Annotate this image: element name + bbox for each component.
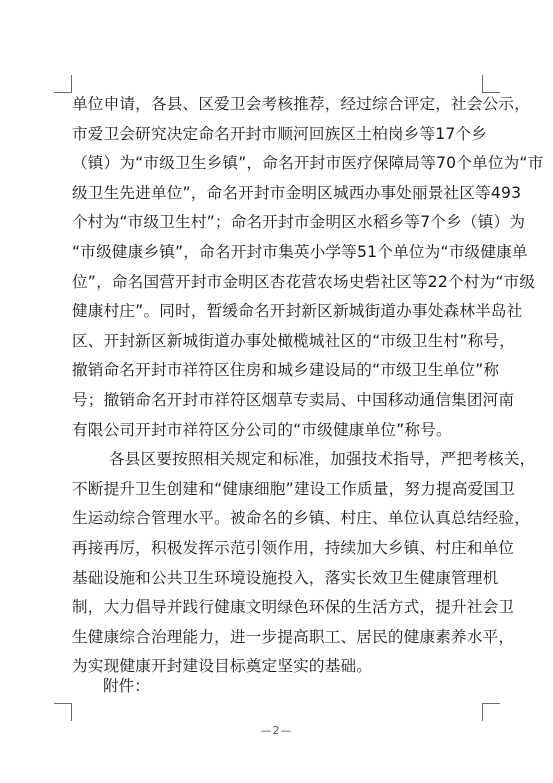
- text-line: 单位申请，各县、区爱卫会考核推荐，经过综合评定，社会公示，: [72, 90, 483, 120]
- text-line: 号；撤销命名开封市祥符区烟草专卖局、中国移动通信集团河南: [72, 386, 483, 416]
- text-line: 级卫生先进单位”，命名开封市金明区城西办事处丽景社区等493: [72, 179, 483, 209]
- text-line: 个村为“市级卫生村”；命名开封市金明区水稻乡等7个乡（镇）为: [72, 208, 483, 238]
- crop-mark-bottom-right: [482, 703, 500, 721]
- text-line: 生健康综合治理能力，进一步提高职工、居民的健康素养水平，: [72, 623, 483, 653]
- text-line: 健康村庄”。同时，暂缓命名开封新区新城街道办事处森林半岛社: [72, 297, 483, 327]
- text-line: 位”，命名国营开封市金明区杏花营农场史砦社区等22个村为“市级: [72, 268, 483, 298]
- text-line: 再接再厉，积极发挥示范引领作用，持续加大乡镇、村庄和单位: [72, 534, 483, 564]
- crop-mark-top-left: [54, 75, 72, 93]
- document-body: 单位申请，各县、区爱卫会考核推荐，经过综合评定，社会公示， 市爱卫会研究决定命名…: [72, 90, 483, 682]
- paragraph-requirements: 各县区要按照相关规定和标准，加强技术指导，严把考核关， 不断提升卫生创建和“健康…: [72, 445, 483, 682]
- text-line: 有限公司开封市祥符区分公司的“市级健康单位”称号。: [72, 416, 483, 446]
- text-line: 制，大力倡导并践行健康文明绿色环保的生活方式，提升社会卫: [72, 593, 483, 623]
- text-line: “市级健康乡镇”，命名开封市集英小学等51个单位为“市级健康单: [72, 238, 483, 268]
- crop-mark-bottom-left: [54, 703, 72, 721]
- text-line: 不断提升卫生创建和“健康细胞”建设工作质量，努力提高爱国卫: [72, 475, 483, 505]
- attachment-label: 附件：: [103, 676, 150, 696]
- text-line: （镇）为“市级卫生乡镇”，命名开封市医疗保障局等70个单位为“市: [72, 149, 483, 179]
- text-line: 区、开封新区新城街道办事处橄榄城社区的“市级卫生村”称号，: [72, 327, 483, 357]
- text-line: 基础设施和公共卫生环境设施投入，落实长效卫生健康管理机: [72, 564, 483, 594]
- paragraph-naming-decision: 单位申请，各县、区爱卫会考核推荐，经过综合评定，社会公示， 市爱卫会研究决定命名…: [72, 90, 483, 445]
- text-line: 各县区要按照相关规定和标准，加强技术指导，严把考核关，: [72, 445, 483, 475]
- crop-mark-top-right: [482, 75, 500, 93]
- text-line: 撤销命名开封市祥符区住房和城乡建设局的“市级卫生单位”称: [72, 356, 483, 386]
- text-line: 市爱卫会研究决定命名开封市顺河回族区土柏岗乡等17个乡: [72, 120, 483, 150]
- text-line: 生运动综合管理水平。被命名的乡镇、村庄、单位认真总结经验，: [72, 504, 483, 534]
- page-number: —2—: [0, 724, 553, 737]
